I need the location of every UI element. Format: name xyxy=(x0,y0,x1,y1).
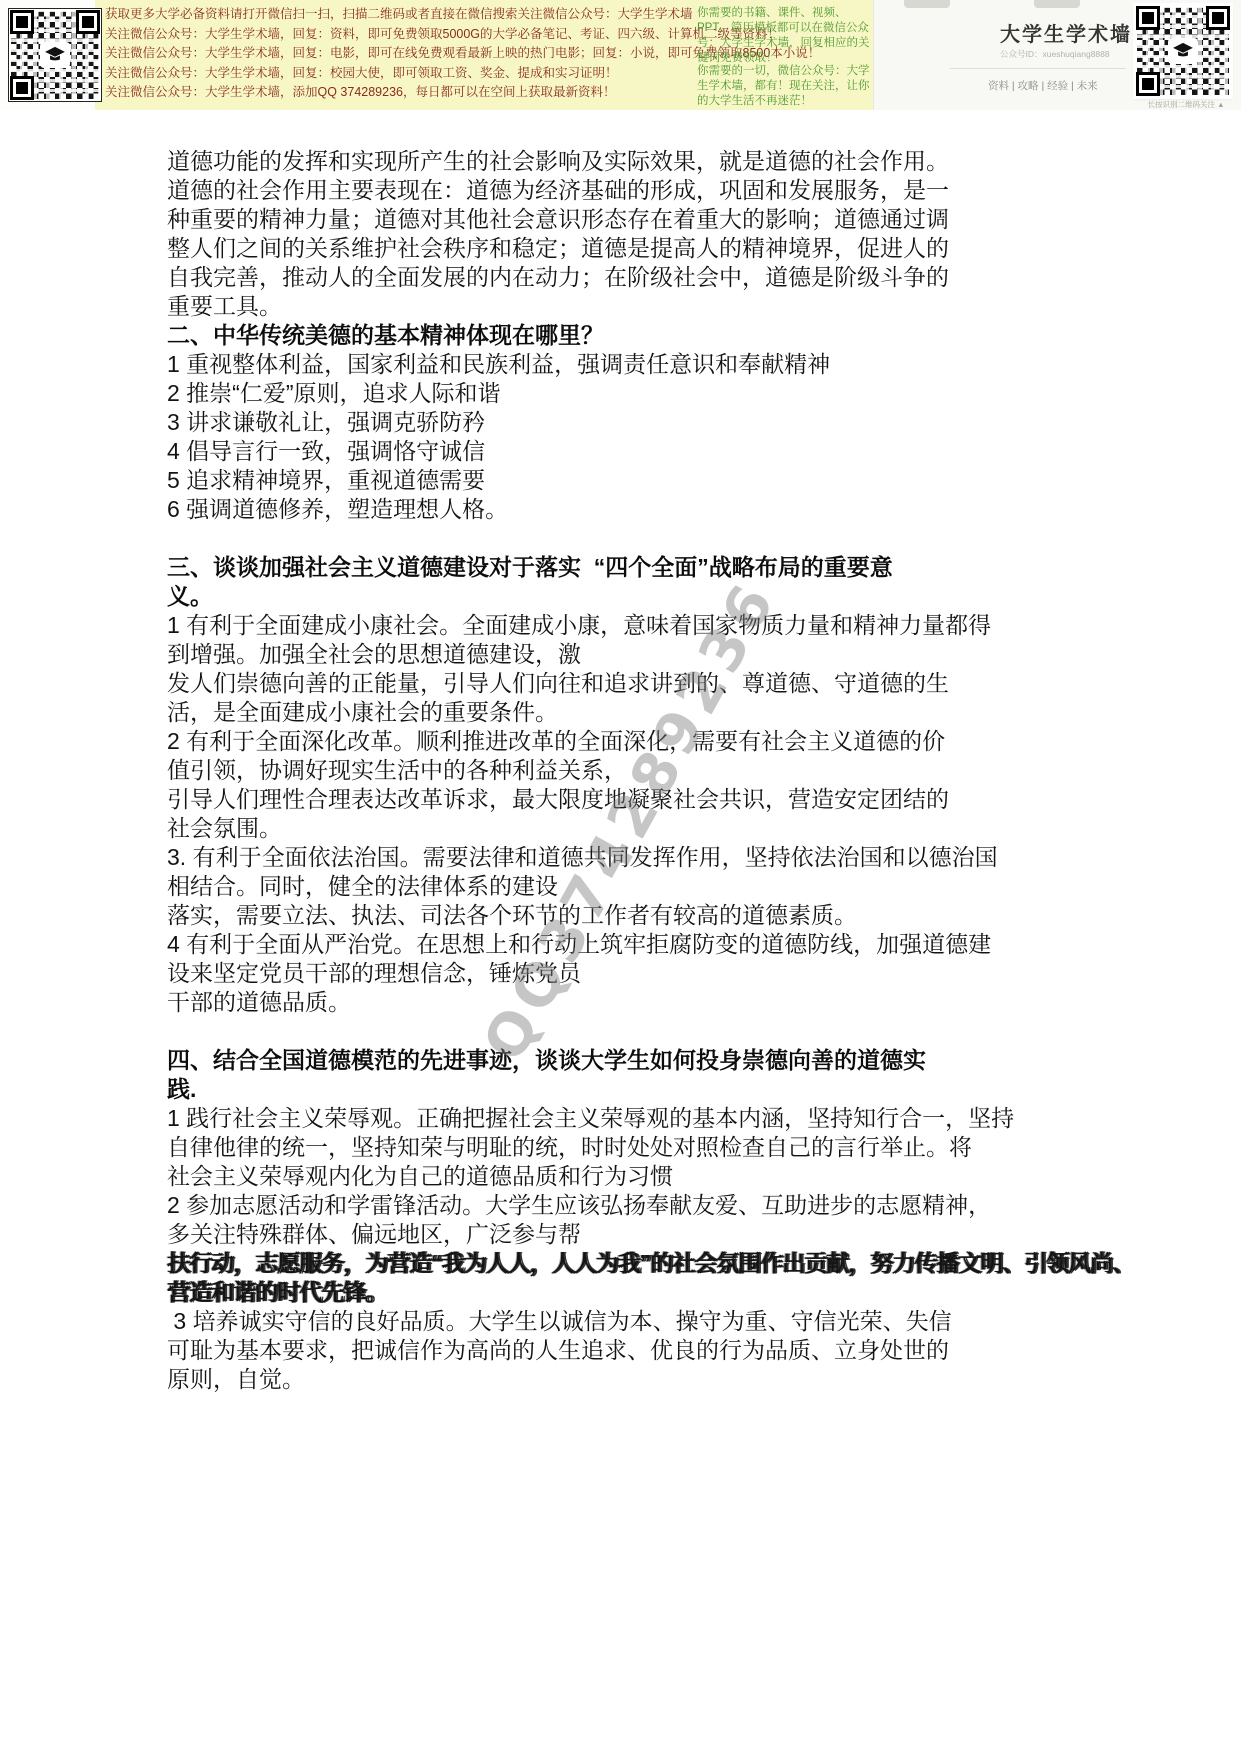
document-line: 道德的社会作用主要表现在：道德为经济基础的形成，巩固和发展服务，是一 xyxy=(167,176,1167,205)
document-body: 道德功能的发挥和实现所产生的社会影响及实际效果，就是道德的社会作用。道德的社会作… xyxy=(167,147,1167,1394)
document-line: 营造和谐的时代先锋。 xyxy=(167,1278,1167,1307)
document-line: 可耻为基本要求，把诚信作为高尚的人生追求、优良的行为品质、立身处世的 xyxy=(167,1336,1167,1365)
document-line: 四、结合全国道德模范的先进事迹，谈谈大学生如何投身崇德向善的道德实 xyxy=(167,1046,1167,1075)
qr-finder xyxy=(1136,6,1160,30)
document-line xyxy=(167,524,1167,553)
document-line: 三、谈谈加强社会主义道德建设对于落实 “四个全面”战略布局的重要意 xyxy=(167,553,1167,582)
document-line: 1 有利于全面建成小康社会。全面建成小康，意味着国家物质力量和精神力量都得 xyxy=(167,611,1167,640)
document-line xyxy=(167,1017,1167,1046)
document-line: 多关注特殊群体、偏远地区，广泛参与帮 xyxy=(167,1220,1167,1249)
graduation-cap-icon xyxy=(1168,38,1198,64)
qr-code-left xyxy=(8,8,102,102)
document-line: 2 参加志愿活动和学雷锋活动。大学生应该弘扬奉献友爱、互助进步的志愿精神， xyxy=(167,1191,1167,1220)
document-line: 整人们之间的关系维护社会秩序和稳定；道德是提高人的精神境界，促进人的 xyxy=(167,234,1167,263)
document-line: 义。 xyxy=(167,582,1167,611)
qr-code-right xyxy=(1135,5,1231,97)
document-line: 社会主义荣辱观内化为自己的道德品质和行为习惯 xyxy=(167,1162,1167,1191)
qr-finder xyxy=(10,76,34,100)
document-line: 6 强调道德修养，塑造理想人格。 xyxy=(167,495,1167,524)
promo-banner: 获取更多大学必备资料请打开微信扫一扫，扫描二维码或者直接在微信搜索关注微信公众号… xyxy=(0,0,1241,110)
document-line: 相结合。同时，健全的法律体系的建设 xyxy=(167,872,1167,901)
document-line: 践. xyxy=(167,1075,1167,1104)
qr-finder xyxy=(1136,72,1160,96)
document-line: 扶行动，志愿服务，为营造“我为人人，人人为我”的社会氛围作出贡献，努力传播文明、… xyxy=(167,1249,1167,1278)
qr-finder xyxy=(1206,6,1230,30)
qr-caption: 长按识别二维码关注 ▲ xyxy=(1138,99,1234,110)
document-line: 2 推崇“仁爱”原则，追求人际和谐 xyxy=(167,379,1167,408)
card-title: 大学生学术墙 xyxy=(1000,18,1130,47)
document-line: 设来坚定党员干部的理想信念，锤炼党员 xyxy=(167,959,1167,988)
document-line: 引导人们理性合理表达改革诉求，最大限度地凝聚社会共识，营造安定团结的 xyxy=(167,785,1167,814)
card-subtitle: 公众号ID：xueshuqiang8888 xyxy=(1000,48,1110,60)
document-line: 值引领，协调好现实生活中的各种利益关系， xyxy=(167,756,1167,785)
document-line: 4 有利于全面从严治党。在思想上和行动上筑牢拒腐防变的道德防线，加强道德建 xyxy=(167,930,1167,959)
document-line: 1 重视整体利益，国家利益和民族利益，强调责任意识和奉献精神 xyxy=(167,350,1167,379)
card-tab xyxy=(1034,0,1080,8)
document-line: 社会氛围。 xyxy=(167,814,1167,843)
document-line: 1 践行社会主义荣辱观。正确把握社会主义荣辱观的基本内涵，坚持知行合一，坚持 xyxy=(167,1104,1167,1133)
document-line: 3 讲求谦敬礼让，强调克骄防矜 xyxy=(167,408,1167,437)
document-line: 落实，需要立法、执法、司法各个环节的工作者有较高的道德素质。 xyxy=(167,901,1167,930)
document-line: 种重要的精神力量；道德对其他社会意识形态存在着重大的影响；道德通过调 xyxy=(167,205,1167,234)
document-line: 发人们崇德向善的正能量，引导人们向往和追求讲到的、尊道德、守道德的生 xyxy=(167,669,1167,698)
card-divider xyxy=(950,68,1126,69)
document-line: 自我完善，推动人的全面发展的内在动力；在阶级社会中，道德是阶级斗争的 xyxy=(167,263,1167,292)
document-line: 道德功能的发挥和实现所产生的社会影响及实际效果，就是道德的社会作用。 xyxy=(167,147,1167,176)
document-line: 二、中华传统美德的基本精神体现在哪里？ xyxy=(167,321,1167,350)
document-line: 3 培养诚实守信的良好品质。大学生以诚信为本、操守为重、守信光荣、失信 xyxy=(167,1307,1167,1336)
card-tab xyxy=(904,0,950,8)
document-line: 原则，自觉。 xyxy=(167,1365,1167,1394)
green-note-top: 你需要的书籍、课件、视频、PPT、简历模板都可以在微信公众号：大学生学术墙，回复… xyxy=(697,6,875,66)
document-line: 干部的道德品质。 xyxy=(167,988,1167,1017)
document-line: 4 倡导言行一致，强调恪守诚信 xyxy=(167,437,1167,466)
green-note-bottom: 你需要的一切，微信公众号：大学生学术墙，都有！现在关注，让你的大学生活不再迷茫！ xyxy=(697,64,875,109)
document-line: 活，是全面建成小康社会的重要条件。 xyxy=(167,698,1167,727)
document-line: 到增强。加强全社会的思想道德建设，激 xyxy=(167,640,1167,669)
document-line: 3. 有利于全面依法治国。需要法律和道德共同发挥作用，坚持依法治国和以德治国 xyxy=(167,843,1167,872)
graduation-cap-icon xyxy=(40,42,70,68)
document-line: 重要工具。 xyxy=(167,292,1167,321)
document-line: 自律他律的统一，坚持知荣与明耻的统，时时处处对照检查自己的言行举止。将 xyxy=(167,1133,1167,1162)
card-tags: 资料 | 攻略 | 经验 | 未来 xyxy=(988,78,1098,93)
qr-finder xyxy=(76,10,100,34)
qr-finder xyxy=(10,10,34,34)
document-line: 5 追求精神境界，重视道德需要 xyxy=(167,466,1167,495)
document-line: 2 有利于全面深化改革。顺利推进改革的全面深化，需要有社会主义道德的价 xyxy=(167,727,1167,756)
